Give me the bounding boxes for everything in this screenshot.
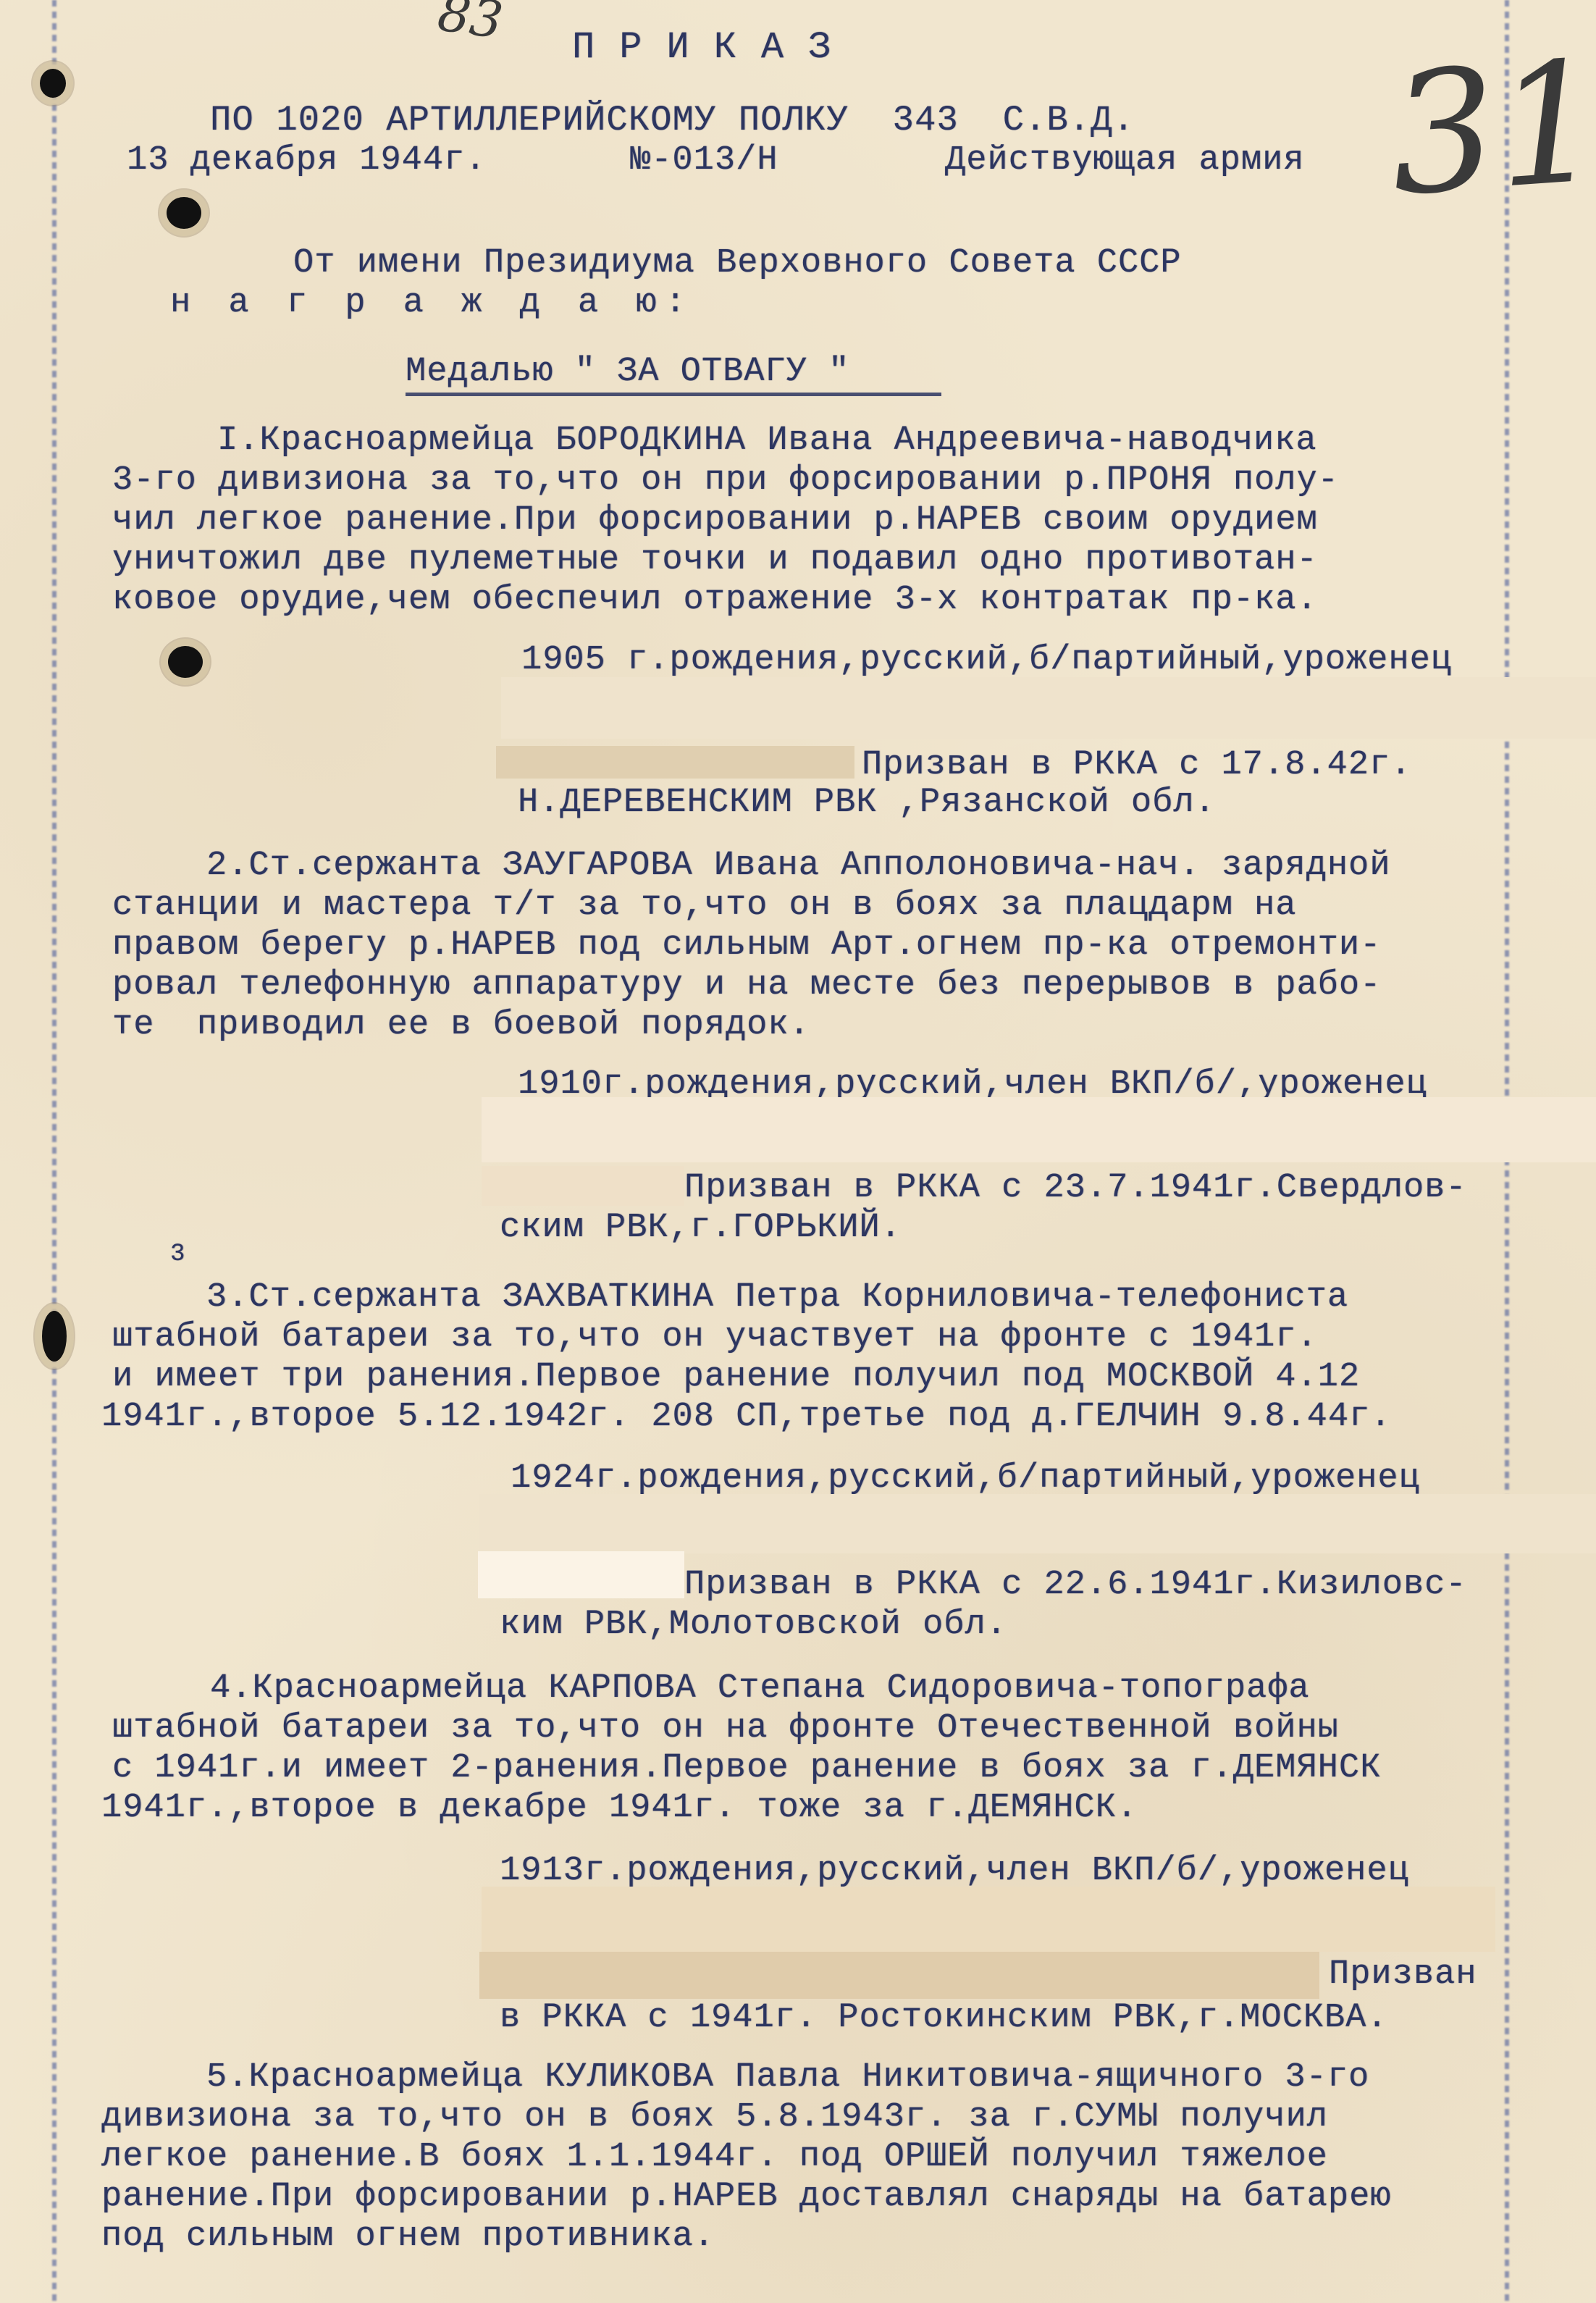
- margin-note: 3: [170, 1242, 185, 1267]
- entry-line: под сильным огнем противника.: [101, 2220, 715, 2254]
- redaction-box: [478, 1551, 684, 1598]
- entry-line: 3-го дивизиона за то,что он при форсиров…: [112, 463, 1339, 498]
- entry-line: штабной батареи за то,что он на фронте О…: [112, 1711, 1339, 1745]
- bio-line: ким РВК,Молотовской обл.: [500, 1608, 1007, 1642]
- entry-line: дивизиона за то,что он в боях 5.8.1943г.…: [101, 2100, 1328, 2134]
- award-name: Медалью " ЗА ОТВАГУ ": [406, 355, 849, 389]
- preamble-line: От имени Президиума Верховного Совета СС…: [293, 246, 1182, 280]
- bio-line: 1924г.рождения,русский,б/партийный,уроже…: [511, 1461, 1420, 1496]
- redaction-box: [482, 1097, 1596, 1162]
- redaction-box: [482, 1887, 1495, 1952]
- bio-line: 1913г.рождения,русский,член ВКП/б/,уроже…: [500, 1854, 1409, 1888]
- bio-line: Призван в РККА с 23.7.1941г.Свердлов-: [684, 1171, 1467, 1205]
- entry-line: правом берегу р.НАРЕВ под сильным Арт.ог…: [112, 928, 1381, 962]
- entry-line: ровал телефонную аппаратуру и на месте б…: [112, 968, 1381, 1002]
- punch-hole: [167, 197, 201, 229]
- left-margin-line: [52, 0, 56, 2303]
- entry-line: штабной батареи за то,что он участвует н…: [112, 1320, 1318, 1354]
- entry-line: станции и мастера т/т за то,что он в боя…: [112, 889, 1296, 923]
- bio-line: 1905 г.рождения,русский,б/партийный,урож…: [521, 643, 1452, 677]
- entry-line: легкое ранение.В боях 1.1.1944г. под ОРШ…: [101, 2140, 1328, 2174]
- entry-line: 3.Ст.сержанта ЗАХВАТКИНА Петра Корнилови…: [206, 1280, 1348, 1314]
- award-underline: [406, 393, 941, 396]
- bio-line: Призван в РККА с 22.6.1941г.Кизиловс-: [684, 1568, 1467, 1602]
- redaction-box: [479, 1952, 1319, 1999]
- redaction-box: [479, 1494, 1596, 1553]
- bio-line: ским РВК,г.ГОРЬКИЙ.: [500, 1211, 902, 1245]
- redaction-box: [496, 746, 854, 779]
- punch-hole: [42, 1311, 67, 1362]
- bio-line: Призван: [1329, 1958, 1477, 1992]
- page-title: ПРИКАЗ: [572, 29, 855, 67]
- entry-line: 5.Красноармейца КУЛИКОВА Павла Никитович…: [206, 2060, 1369, 2094]
- handwritten-page-number: 318: [1384, 18, 1596, 233]
- bio-line: Н.ДЕРЕВЕНСКИМ РВК ,Рязанской обл.: [518, 786, 1216, 820]
- entry-line: 1941г.,второе 5.12.1942г. 208 СП,третье …: [101, 1400, 1391, 1434]
- entry-line: уничтожил две пулеметные точки и подавил…: [112, 543, 1318, 577]
- header-date: 13 декабря 1944г.: [127, 143, 486, 177]
- entry-line: 1941г.,второе в декабре 1941г. тоже за г…: [101, 1791, 1138, 1825]
- entry-line: ковое орудие,чем обеспечил отражение 3-х…: [112, 583, 1318, 617]
- punch-hole: [168, 646, 203, 678]
- bio-line: 1910г.рождения,русский,член ВКП/б/,уроже…: [518, 1067, 1427, 1102]
- entry-line: ранение.При форсировании р.НАРЕВ доставл…: [101, 2180, 1391, 2214]
- handwritten-scribble: 83: [434, 0, 507, 51]
- entry-line: чил легкое ранение.При форсировании р.НА…: [112, 503, 1318, 537]
- header-unit: ПО 1020 АРТИЛЛЕРИЙСКОМУ ПОЛКУ 343 С.В.Д.: [210, 103, 1135, 138]
- header-place: Действующая армия: [945, 143, 1304, 177]
- bio-line: в РККА с 1941г. Ростокинским РВК,г.МОСКВ…: [500, 2001, 1388, 2035]
- punch-hole: [40, 69, 66, 98]
- entry-line: с 1941г.и имеет 2-ранения.Первое ранение…: [112, 1751, 1381, 1785]
- entry-line: 2.Ст.сержанта ЗАУГАРОВА Ивана Апполонови…: [206, 849, 1390, 883]
- entry-line: и имеет три ранения.Первое ранение получ…: [112, 1360, 1360, 1394]
- entry-line: 4.Красноармейца КАРПОВА Степана Сидорови…: [210, 1671, 1310, 1706]
- entry-line: те приводил ее в боевой порядок.: [112, 1008, 810, 1042]
- preamble-award-verb: н а г р а ж д а ю:: [170, 286, 694, 320]
- header-number: №-013/Н: [630, 143, 778, 177]
- redaction-box: [482, 1166, 684, 1206]
- entry-line: I.Красноармейца БОРОДКИНА Ивана Андрееви…: [217, 424, 1317, 458]
- redaction-box: [501, 677, 1596, 739]
- bio-line: Призван в РККА с 17.8.42г.: [862, 748, 1411, 782]
